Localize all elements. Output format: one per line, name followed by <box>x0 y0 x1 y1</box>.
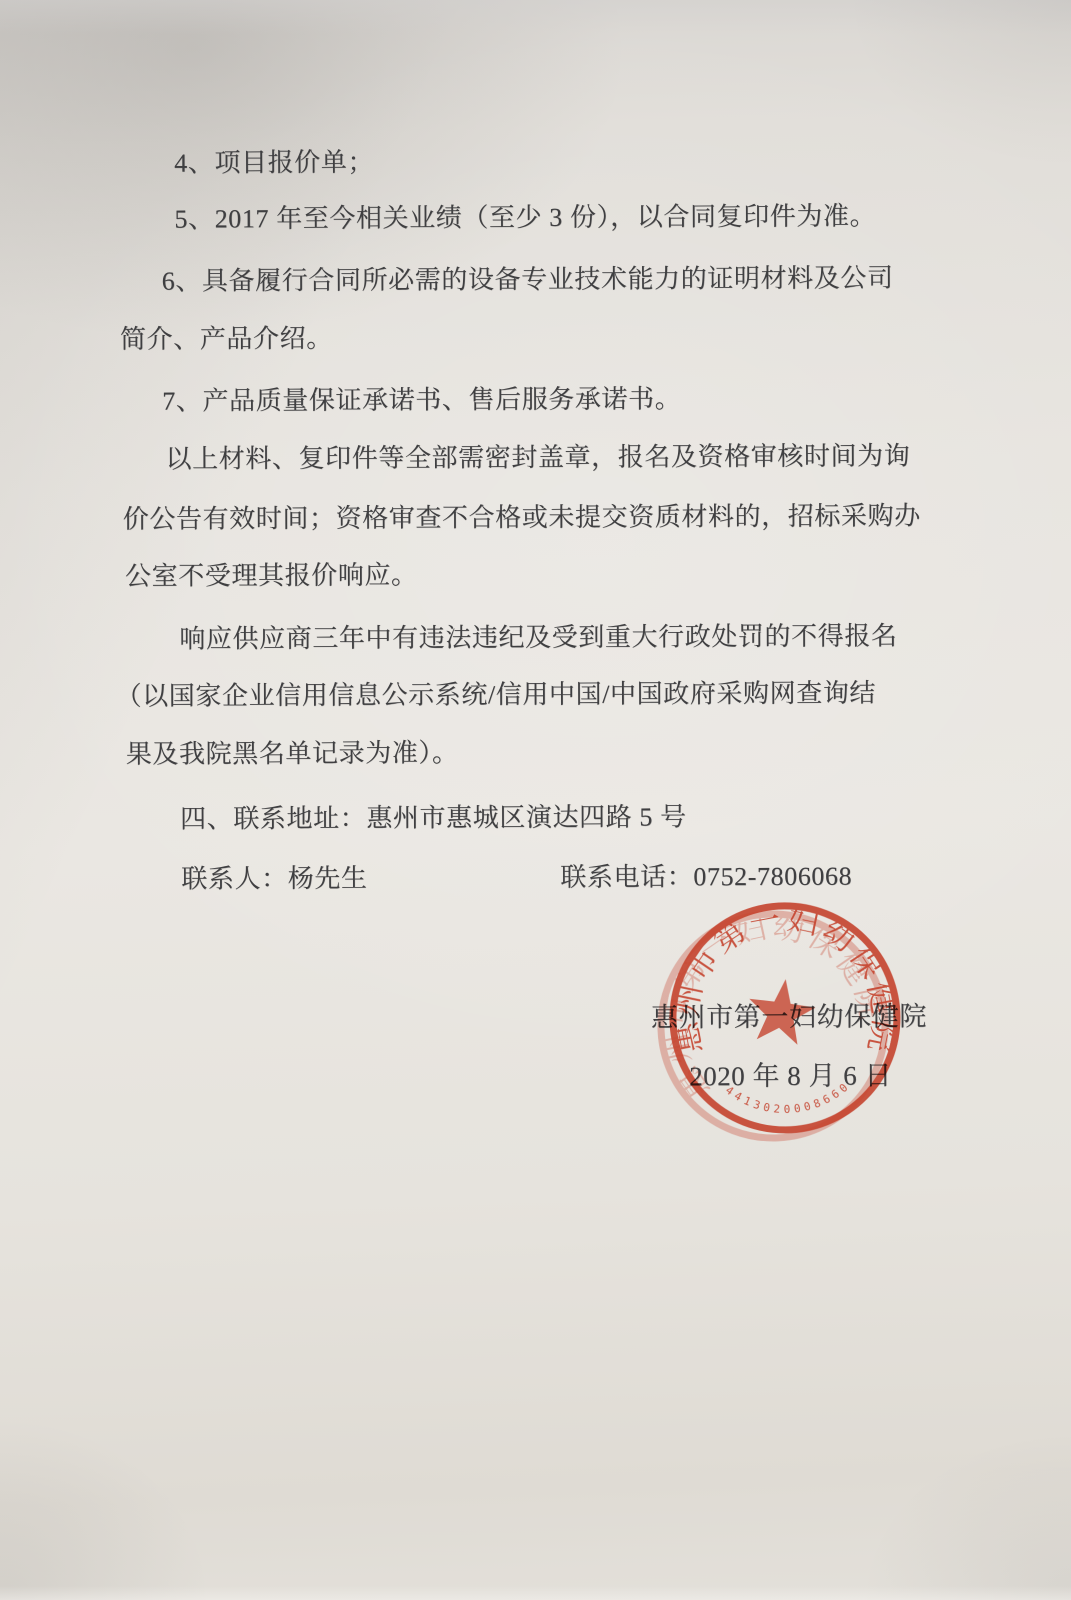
body-line-blacklist-note-2: （以国家企业信用信息公示系统/信用中国/中国政府采购网查询结 <box>115 673 876 713</box>
body-line-blacklist-note-3: 果及我院黑名单记录为准）。 <box>126 732 459 770</box>
body-line-item-4: 4、项目报价单； <box>174 142 374 180</box>
body-line-item-6-part2: 简介、产品介绍。 <box>120 318 333 356</box>
body-line-sealing-note-1: 以上材料、复印件等全部需密封盖章，报名及资格审核时间为询 <box>165 435 910 475</box>
body-line-item-5: 5、2017 年至今相关业绩（至少 3 份），以合同复印件为准。 <box>174 196 876 236</box>
body-line-sealing-note-2: 价公告有效时间；资格审查不合格或未提交资质材料的，招标采购办 <box>123 495 921 535</box>
body-line-contact-address: 四、联系地址：惠州市惠城区演达四路 5 号 <box>180 796 687 835</box>
body-line-sealing-note-3: 公室不受理其报价响应。 <box>125 555 418 593</box>
contact-person: 联系人：杨先生 <box>181 858 367 896</box>
photo-bottom-light-edge <box>0 1586 1071 1600</box>
seal-star-icon <box>749 979 815 1045</box>
body-line-blacklist-note-1: 响应供应商三年中有违法违纪及受到重大行政处罚的不得报名 <box>179 615 897 655</box>
body-line-item-7: 7、产品质量保证承诺书、售后服务承诺书。 <box>162 378 681 417</box>
body-line-item-6-part1: 6、具备履行合同所必需的设备专业技术能力的证明材料及公司 <box>162 257 894 297</box>
scanned-document-photo: 4、项目报价单； 5、2017 年至今相关业绩（至少 3 份），以合同复印件为准… <box>0 0 1071 1600</box>
document-page: 4、项目报价单； 5、2017 年至今相关业绩（至少 3 份），以合同复印件为准… <box>0 0 1071 1600</box>
official-seal-stamp: 惠州市第一妇幼保健院 惠州市第一妇幼保健院 44130200086600 <box>649 882 920 1153</box>
